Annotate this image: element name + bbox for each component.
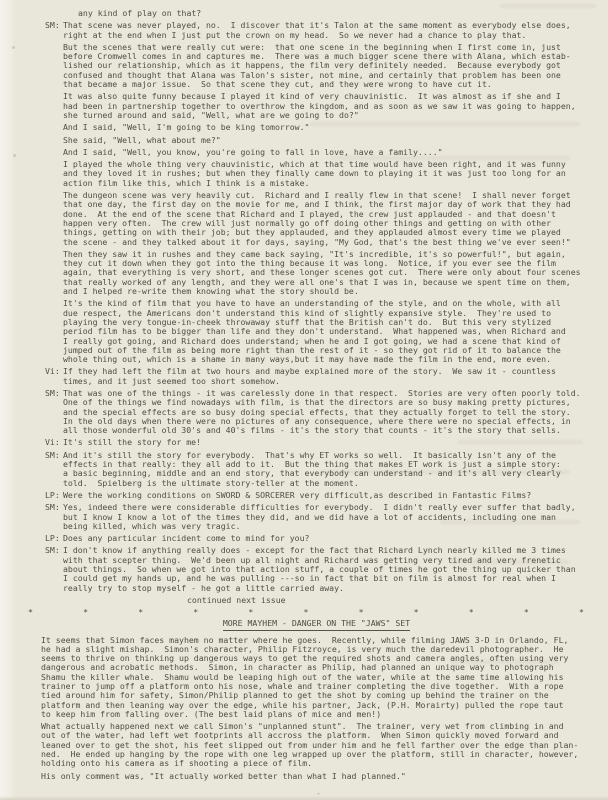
dialogue-turn: SM: I don't know if anything really does… <box>0 546 608 592</box>
speaker-label: SM: <box>45 389 60 398</box>
leadin-line: any kind of play on that? <box>78 9 592 18</box>
dialogue-paragraph: I don't know if anything really does - e… <box>63 546 592 592</box>
asterisk: * <box>524 608 529 617</box>
dialogue-paragraph: That was one of the things - it was care… <box>63 389 592 435</box>
article-paragraph: It seems that Simon faces mayhem no matt… <box>41 636 592 720</box>
asterisk: * <box>193 608 198 617</box>
dialogue-turn: SM: That scene was never played, no. I d… <box>0 21 608 364</box>
article-paragraph: What actually happened next we call Simo… <box>41 722 592 768</box>
dialogue-paragraph: And it's still the story for everybody. … <box>63 451 592 488</box>
dialogue-paragraph: She said, "Well, what about me?" <box>63 136 592 145</box>
dialogue-paragraph: And I said, "Well, you know, you're goin… <box>63 148 592 157</box>
asterisk: * <box>303 608 308 617</box>
asterisk: * <box>138 608 143 617</box>
dialogue-turn: Vi: If they had left the film at two hou… <box>0 367 608 386</box>
dialogue-paragraph: If they had left the film at two hours a… <box>63 367 592 386</box>
dialogue-paragraph: It's the kind of film that you have to h… <box>63 299 592 364</box>
article-body: It seems that Simon faces mayhem no matt… <box>0 636 608 781</box>
asterisk: * <box>469 608 474 617</box>
dialogue-paragraph: Were the working conditions on SWORD & S… <box>63 491 592 500</box>
scanned-document-page: { "page": { "leadin": "any kind of play … <box>0 0 608 800</box>
dialogue-paragraph: And I said, "Well, I'm going to be king … <box>63 123 592 132</box>
continued-note: continued next issue <box>187 596 608 605</box>
dialogue-paragraph: The dungeon scene was very heavily cut. … <box>63 191 592 247</box>
asterisk-separator: * * * * * * * * * * * <box>28 608 584 617</box>
asterisk: * <box>83 608 88 617</box>
speaker-label: SM: <box>45 503 60 512</box>
speaker-label: SM: <box>45 21 60 30</box>
dialogue-turn: SM: Yes, indeed there were considerable … <box>0 503 608 531</box>
speaker-label: SM: <box>45 546 60 555</box>
dialogue-paragraph: It was also quite funny because I played… <box>63 92 592 120</box>
asterisk: * <box>248 608 253 617</box>
dialogue-paragraph: Yes, indeed there were considerable diff… <box>63 503 592 531</box>
asterisk: * <box>579 608 584 617</box>
dialogue-paragraph: It's still the story for me! <box>63 438 592 447</box>
dialogue-turn: Vi: It's still the story for me! <box>0 438 608 447</box>
document-page: any kind of play on that? SM: That scene… <box>0 0 608 781</box>
dialogue-turn: LP: Does any particular incident come to… <box>0 534 608 543</box>
dialogue-turn: SM: That was one of the things - it was … <box>0 389 608 435</box>
dialogue-paragraph: Then they saw it in rushes and they came… <box>63 250 592 296</box>
dialogue-turn: LP: Were the working conditions on SWORD… <box>0 491 608 500</box>
dialogue-turn: SM: And it's still the story for everybo… <box>0 451 608 488</box>
speaker-label: Vi: <box>45 438 60 447</box>
asterisk: * <box>28 608 33 617</box>
speaker-label: Vi: <box>45 367 60 376</box>
dialogue-paragraph: That scene was never played, no. I disco… <box>63 21 592 40</box>
dialogue-paragraph: But the scenes that were really cut were… <box>63 43 592 89</box>
dialogue-paragraph: I played the whole thing very chauvinist… <box>63 160 592 188</box>
article-paragraph: His only comment was, "It actually worke… <box>41 772 592 781</box>
asterisk: * <box>359 608 364 617</box>
speaker-label: LP: <box>45 491 60 500</box>
article-title-row: MORE MAYHEM - DANGER ON THE "JAWS" SET <box>41 619 592 630</box>
page-bottom-edge <box>0 796 608 800</box>
article-title: MORE MAYHEM - DANGER ON THE "JAWS" SET <box>223 619 410 630</box>
asterisk: * <box>414 608 419 617</box>
speaker-label: SM: <box>45 451 60 460</box>
speaker-label: LP: <box>45 534 60 543</box>
dialogue-paragraph: Does any particular incident come to min… <box>63 534 592 543</box>
